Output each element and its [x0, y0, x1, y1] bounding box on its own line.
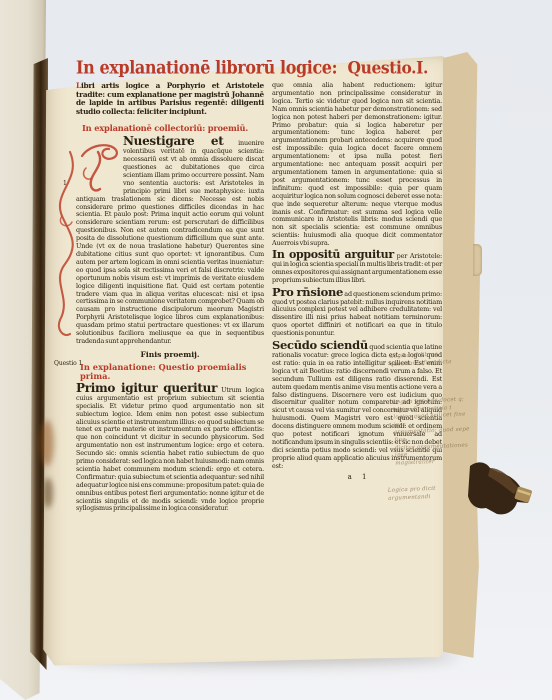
signature-mark: a 1 [272, 473, 442, 481]
pro-responsione-paragraph: Pro rn̄sione ad questionem sciendum prim… [272, 289, 442, 338]
running-header-title: In explanationē librorū logice: [76, 57, 337, 78]
gutter-stain [43, 478, 53, 508]
ornamental-initial [76, 140, 120, 192]
secundo-sciendum-heading: Secūdo sciendū [272, 338, 368, 352]
primo-lead: Primo igitur queritur [76, 381, 217, 395]
primo-text: Utrum logica cuius argumentatio est prop… [76, 386, 264, 513]
book-photo: Questio 1 1 In explanationē librorū logi… [0, 0, 552, 700]
left-column: Libri artis logice a Porphyrio et Aristo… [76, 82, 264, 513]
pro-responsione-heading: Pro rn̄sione [272, 285, 343, 299]
clasp [464, 458, 536, 528]
page-tab [473, 244, 482, 276]
finis-line: Finis proemij. [76, 350, 264, 359]
ornamental-initial-icon [76, 140, 120, 192]
objections-paragraph: que omnia alia habent reductionem: igitu… [272, 82, 442, 248]
gutter-stain [40, 420, 54, 466]
incipit-paragraph: Libri artis logice a Porphyrio et Aristo… [76, 82, 264, 117]
running-header: In explanationē librorū logice: Questio.… [76, 57, 444, 78]
clasp-icon [464, 458, 536, 524]
margin-numeral: 1 [63, 180, 67, 187]
question-heading: In explanatione: Questio proemialis prim… [80, 363, 264, 382]
question-paragraph: Primo igitur queritur Utrum logica cuius… [76, 385, 264, 514]
running-header-question: Questio.I. [347, 57, 428, 78]
page-content: In explanationē librorū logice: Questio.… [76, 58, 444, 513]
pro-responsione-text: ad questionem sciendum primo: quod vt po… [272, 290, 442, 338]
text-columns: Libri artis logice a Porphyrio et Aristo… [76, 82, 444, 513]
opening-words: Nuestigare et [123, 134, 224, 148]
in-oppositum-paragraph: In oppositū arguitur per Aristotele: qui… [272, 251, 442, 285]
marginalia-block: Logica pro hoc docet q: logica fine noti… [393, 396, 474, 468]
proem-subheading: In explanationē collectoriū: proemiū. [82, 124, 264, 134]
proem-paragraph: Nuestigare et inuenire volentibus verita… [76, 138, 264, 346]
